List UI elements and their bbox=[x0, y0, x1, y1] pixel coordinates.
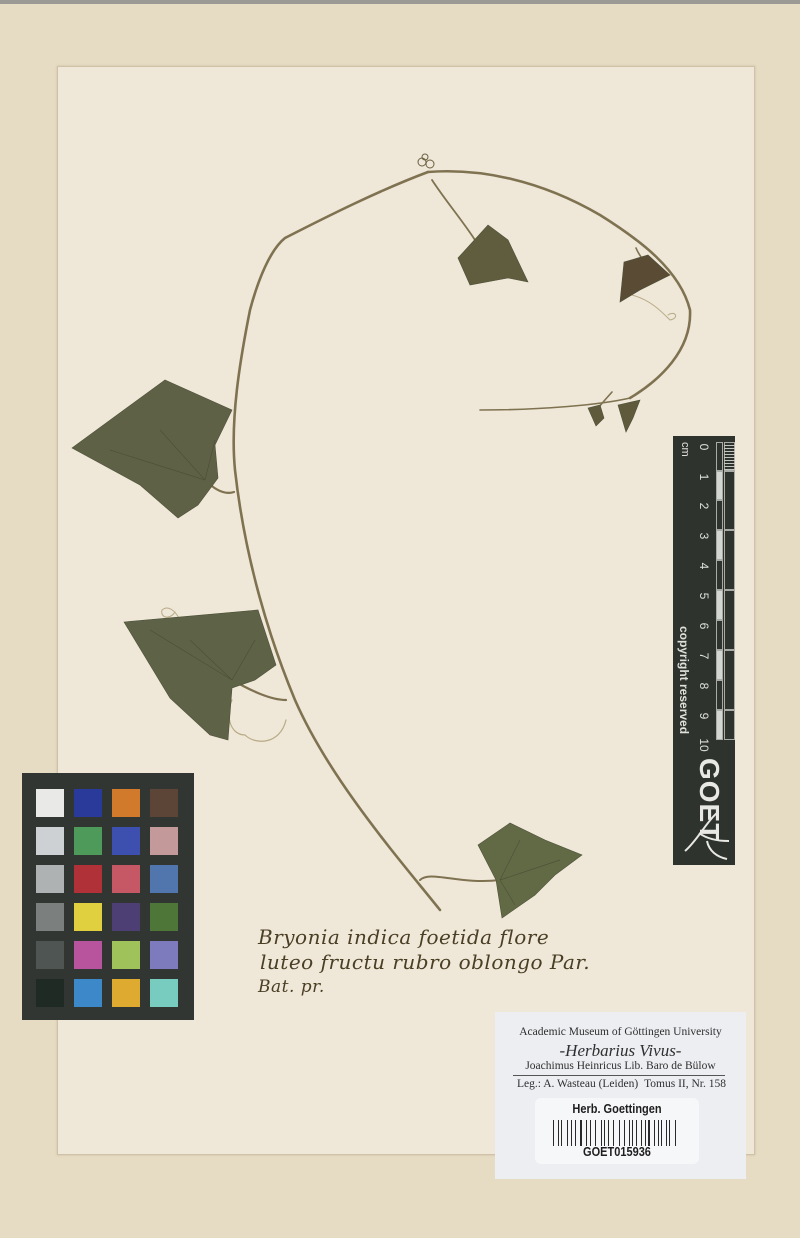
leaf bbox=[458, 225, 528, 285]
ruler-number: 1 bbox=[697, 468, 711, 486]
barcode-number: GOET015936 bbox=[545, 1145, 689, 1159]
handwritten-determination: Bryonia indica foetida flore luteo fruct… bbox=[258, 925, 638, 1000]
ruler-number: 3 bbox=[697, 527, 711, 545]
label-divider bbox=[513, 1075, 725, 1076]
color-swatch bbox=[112, 903, 140, 931]
color-swatch bbox=[74, 903, 102, 931]
ruler-ticks bbox=[716, 442, 735, 746]
goet-signature-icon bbox=[677, 811, 733, 861]
herbarium-name: Herb. Goettingen bbox=[545, 1102, 689, 1116]
color-swatch bbox=[36, 827, 64, 855]
barcode-sticker: Herb. Goettingen GOET015936 bbox=[535, 1098, 699, 1164]
ruler-number: 4 bbox=[697, 557, 711, 575]
ruler-number: 2 bbox=[697, 497, 711, 515]
color-swatch bbox=[112, 941, 140, 969]
ruler-unit: cm bbox=[679, 442, 691, 457]
color-swatch bbox=[36, 941, 64, 969]
color-swatch bbox=[36, 979, 64, 1007]
ruler-number: 8 bbox=[697, 677, 711, 695]
collection-title: -Herbarius Vivus- bbox=[495, 1041, 746, 1061]
handwritten-line-2: luteo fructu rubro oblongo Par. bbox=[258, 950, 638, 975]
color-swatch bbox=[150, 903, 178, 931]
color-calibration-chart bbox=[22, 773, 194, 1020]
color-swatch bbox=[150, 865, 178, 893]
color-swatch bbox=[112, 979, 140, 1007]
ruler-number: 5 bbox=[697, 587, 711, 605]
color-swatch bbox=[112, 865, 140, 893]
ruler-number: 10 bbox=[697, 736, 711, 754]
handwritten-line-1: Bryonia indica foetida flore bbox=[258, 925, 638, 950]
color-swatch bbox=[150, 789, 178, 817]
leaf bbox=[72, 380, 232, 518]
color-swatch bbox=[36, 865, 64, 893]
leaf bbox=[618, 400, 640, 432]
color-swatch bbox=[150, 827, 178, 855]
leaf bbox=[588, 405, 604, 426]
leaf bbox=[124, 610, 276, 740]
volume-number: Tomus II, Nr. 158 bbox=[644, 1078, 726, 1090]
color-swatch bbox=[74, 941, 102, 969]
color-swatch bbox=[36, 903, 64, 931]
leaf bbox=[478, 823, 582, 918]
color-swatch bbox=[74, 827, 102, 855]
color-swatch bbox=[74, 865, 102, 893]
ruler-number: 9 bbox=[697, 707, 711, 725]
color-swatch bbox=[112, 827, 140, 855]
ruler-number: 6 bbox=[697, 617, 711, 635]
cm-scale-ruler: cm 0 1 2 3 4 5 6 7 8 9 10 copyright rese… bbox=[673, 436, 735, 865]
color-swatch bbox=[150, 941, 178, 969]
color-swatch bbox=[74, 979, 102, 1007]
copyright-text: copyright reserved bbox=[677, 626, 691, 734]
color-swatch bbox=[150, 979, 178, 1007]
color-swatch bbox=[74, 789, 102, 817]
barcode bbox=[553, 1120, 681, 1146]
color-swatch bbox=[112, 789, 140, 817]
ruler-number: 0 bbox=[697, 438, 711, 456]
collector: Leg.: A. Wasteau (Leiden) bbox=[517, 1078, 638, 1090]
handwritten-line-3: Bat. pr. bbox=[258, 975, 638, 1000]
color-swatch bbox=[36, 789, 64, 817]
collection-owner: Joachimus Heinricus Lib. Baro de Bülow bbox=[495, 1060, 746, 1072]
museum-name: Academic Museum of Göttingen University bbox=[495, 1026, 746, 1038]
ruler-number: 7 bbox=[697, 647, 711, 665]
institution-label: Academic Museum of Göttingen University … bbox=[495, 1012, 746, 1179]
